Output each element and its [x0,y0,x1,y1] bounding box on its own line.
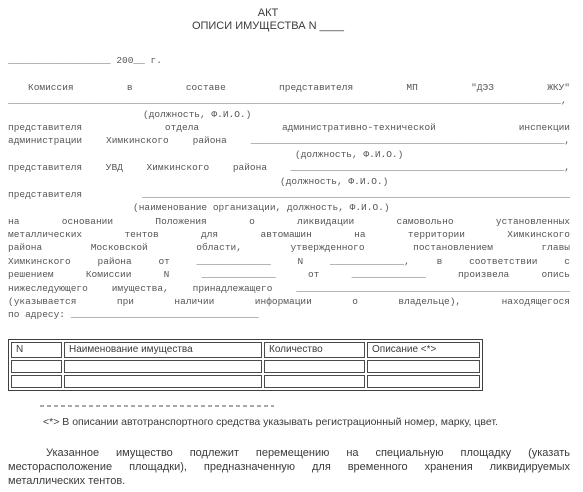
table-cell [367,375,480,388]
body-line: на основании Положения о ликвидации само… [8,215,570,228]
body-line: металлических тентов для автомашин на те… [8,228,570,241]
table-cell [11,360,62,373]
closing-line: Указанное имущество подлежит перемещению… [8,446,570,460]
title-line-inventory-number: ОПИСИ ИМУЩЕСТВА N ____ [8,20,528,33]
body-line: района Московской области, утвержденного… [8,241,570,254]
body-line: Комиссия в составе представителя МП "ДЭЗ… [8,81,570,94]
table-cell [64,360,262,373]
table-cell [264,375,365,388]
body-line: (должность, Ф.И.О.) [8,175,570,188]
document-page: АКТ ОПИСИ ИМУЩЕСТВА N ____ _____________… [0,0,583,492]
table-cell [264,360,365,373]
body-line: представителя отдела административно-тех… [8,121,570,134]
footnote-text: <*> В описании автотранспортного средств… [8,416,570,429]
table-cell [11,375,62,388]
inventory-table: NНаименование имуществаКоличествоОписани… [8,339,483,391]
closing-paragraph: Указанное имущество подлежит перемещению… [8,446,570,488]
inventory-table-body [11,360,480,388]
document-content: АКТ ОПИСИ ИМУЩЕСТВА N ____ _____________… [8,0,570,488]
body-line: Химкинского района от _____________ N __… [8,255,570,268]
title-line-act: АКТ [8,7,528,20]
body-line: представителя УВД Химкинского района ___… [8,161,570,174]
table-header-cell: N [11,342,62,358]
document-title: АКТ ОПИСИ ИМУЩЕСТВА N ____ [8,7,528,33]
footnote-separator-dashes [40,405,274,407]
table-cell [64,375,262,388]
closing-line: месторасположение площадки), предназначе… [8,460,570,474]
table-header-cell: Описание <*> [367,342,480,358]
inventory-table-header: NНаименование имуществаКоличествоОписани… [11,342,480,358]
body-line [8,67,570,80]
table-header-cell: Количество [264,342,365,358]
body-line: представителя __________________________… [8,188,570,201]
body-line: по адресу: _____________________________… [8,308,570,321]
table-header-cell: Наименование имущества [64,342,262,358]
body-line: ________________________________________… [8,94,570,107]
table-row [11,375,480,388]
table-cell [367,360,480,373]
body-line: __________________ 200__ г. [8,54,570,67]
closing-line: металлических тентов. [8,474,570,488]
body-line: (наименование организации, должность, Ф.… [8,201,570,214]
body-line: (должность, Ф.И.О.) [8,108,570,121]
body-line: администрации Химкинского района _______… [8,134,570,147]
table-row [11,360,480,373]
body-line: решением Комиссии N _____________ от ___… [8,268,570,281]
body-text-block: __________________ 200__ г. Комиссия в с… [8,54,570,322]
body-line: (указывается при наличии информации о вл… [8,295,570,308]
body-line: (должность, Ф.И.О.) [8,148,570,161]
body-line: нижеследующего имущества, принадлежащего… [8,282,570,295]
